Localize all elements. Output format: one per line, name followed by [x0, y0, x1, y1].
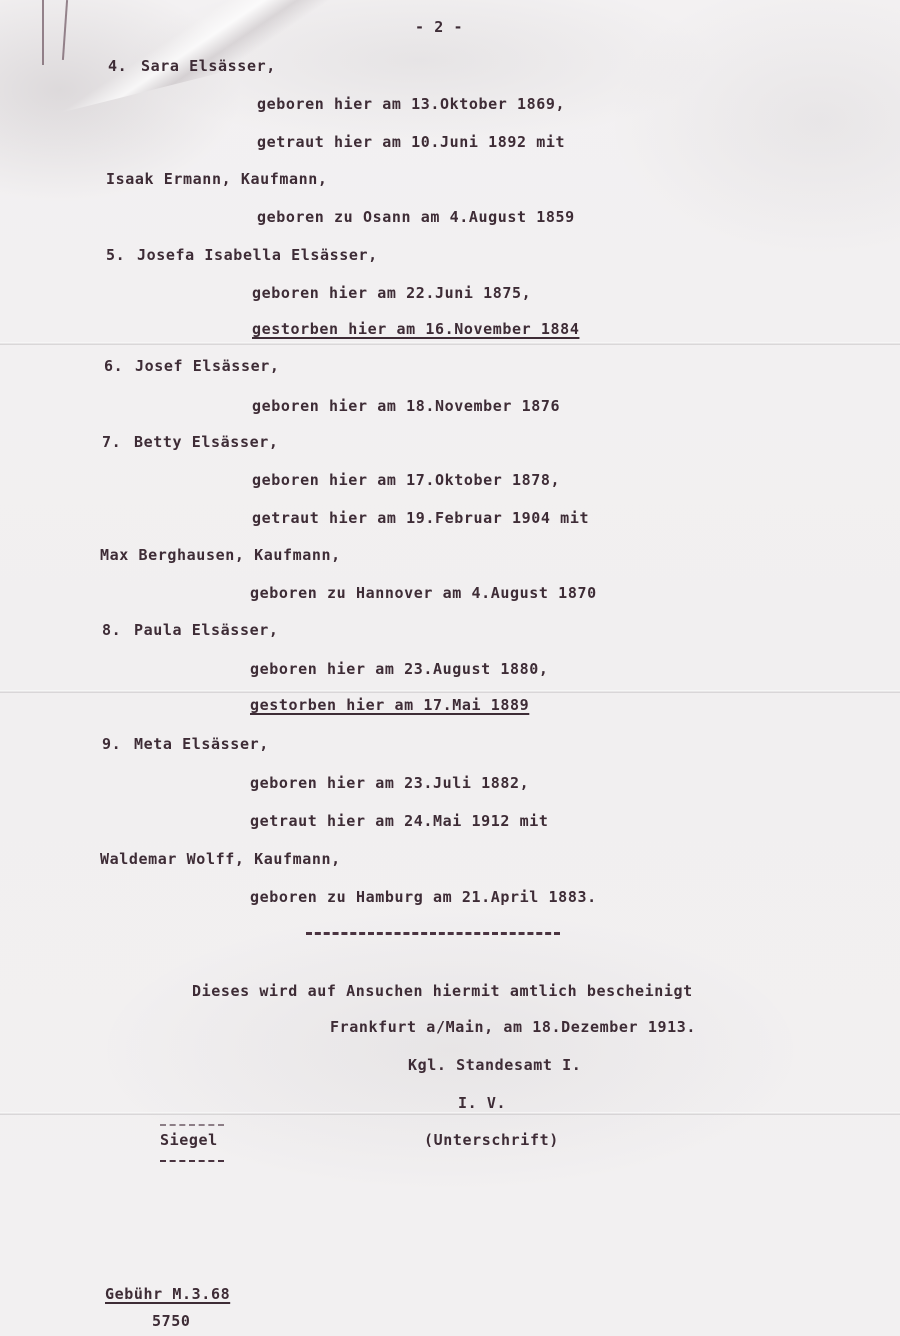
certification-statement: Dieses wird auf Ansuchen hiermit amtlich… — [192, 982, 693, 1000]
entry-name: Sara Elsässer, — [141, 57, 276, 75]
entry-number: 6. — [104, 357, 123, 375]
in-representation: I. V. — [458, 1094, 506, 1112]
spouse-name: Max Berghausen, Kaufmann, — [100, 546, 341, 564]
spouse-name: Isaak Ermann, Kaufmann, — [106, 170, 328, 188]
fold-line — [0, 342, 900, 345]
seal-dash-bottom — [160, 1160, 224, 1162]
fold-line — [0, 1112, 900, 1115]
fee-label: Gebühr M.3.68 — [105, 1285, 230, 1303]
entry-detail: geboren hier am 17.Oktober 1878, — [252, 471, 560, 489]
entry-name: Meta Elsässer, — [134, 735, 269, 753]
entry-detail: getraut hier am 10.Juni 1892 mit — [257, 133, 565, 151]
spouse-birth: geboren zu Hannover am 4.August 1870 — [250, 584, 597, 602]
entry-number: 5. — [106, 246, 125, 264]
entry-name: Paula Elsässer, — [134, 621, 278, 639]
entry-number: 4. — [108, 57, 127, 75]
spouse-birth: geboren zu Hamburg am 21.April 1883. — [250, 888, 597, 906]
signature-label: (Unterschrift) — [424, 1131, 559, 1149]
spouse-name: Waldemar Wolff, Kaufmann, — [100, 850, 341, 868]
entry-detail: geboren hier am 23.August 1880, — [250, 660, 549, 678]
place-and-date: Frankfurt a/Main, am 18.Dezember 1913. — [330, 1018, 696, 1036]
entry-number: 9. — [102, 735, 121, 753]
spouse-birth: geboren zu Osann am 4.August 1859 — [257, 208, 575, 226]
entry-name: Betty Elsässer, — [134, 433, 278, 451]
entry-detail: geboren hier am 13.Oktober 1869, — [257, 95, 565, 113]
separator-line — [306, 932, 560, 935]
ink-stain — [42, 0, 44, 65]
reference-number: 5750 — [152, 1312, 191, 1330]
entry-number: 8. — [102, 621, 121, 639]
registry-office: Kgl. Standesamt I. — [408, 1056, 581, 1074]
seal-dash-top — [160, 1124, 224, 1126]
entry-death: gestorben hier am 16.November 1884 — [252, 320, 579, 338]
seal-label: Siegel — [160, 1131, 218, 1149]
page-number: - 2 - — [415, 18, 463, 36]
entry-name: Josefa Isabella Elsässer, — [137, 246, 378, 264]
entry-detail: getraut hier am 19.Februar 1904 mit — [252, 509, 589, 527]
entry-detail: geboren hier am 22.Juni 1875, — [252, 284, 531, 302]
entry-detail: geboren hier am 23.Juli 1882, — [250, 774, 529, 792]
entry-death: gestorben hier am 17.Mai 1889 — [250, 696, 529, 714]
entry-number: 7. — [102, 433, 121, 451]
fold-line — [0, 690, 900, 693]
entry-name: Josef Elsässer, — [135, 357, 279, 375]
entry-detail: geboren hier am 18.November 1876 — [252, 397, 560, 415]
entry-detail: getraut hier am 24.Mai 1912 mit — [250, 812, 549, 830]
document-page: - 2 - 4. Sara Elsässer, geboren hier am … — [0, 0, 900, 1336]
